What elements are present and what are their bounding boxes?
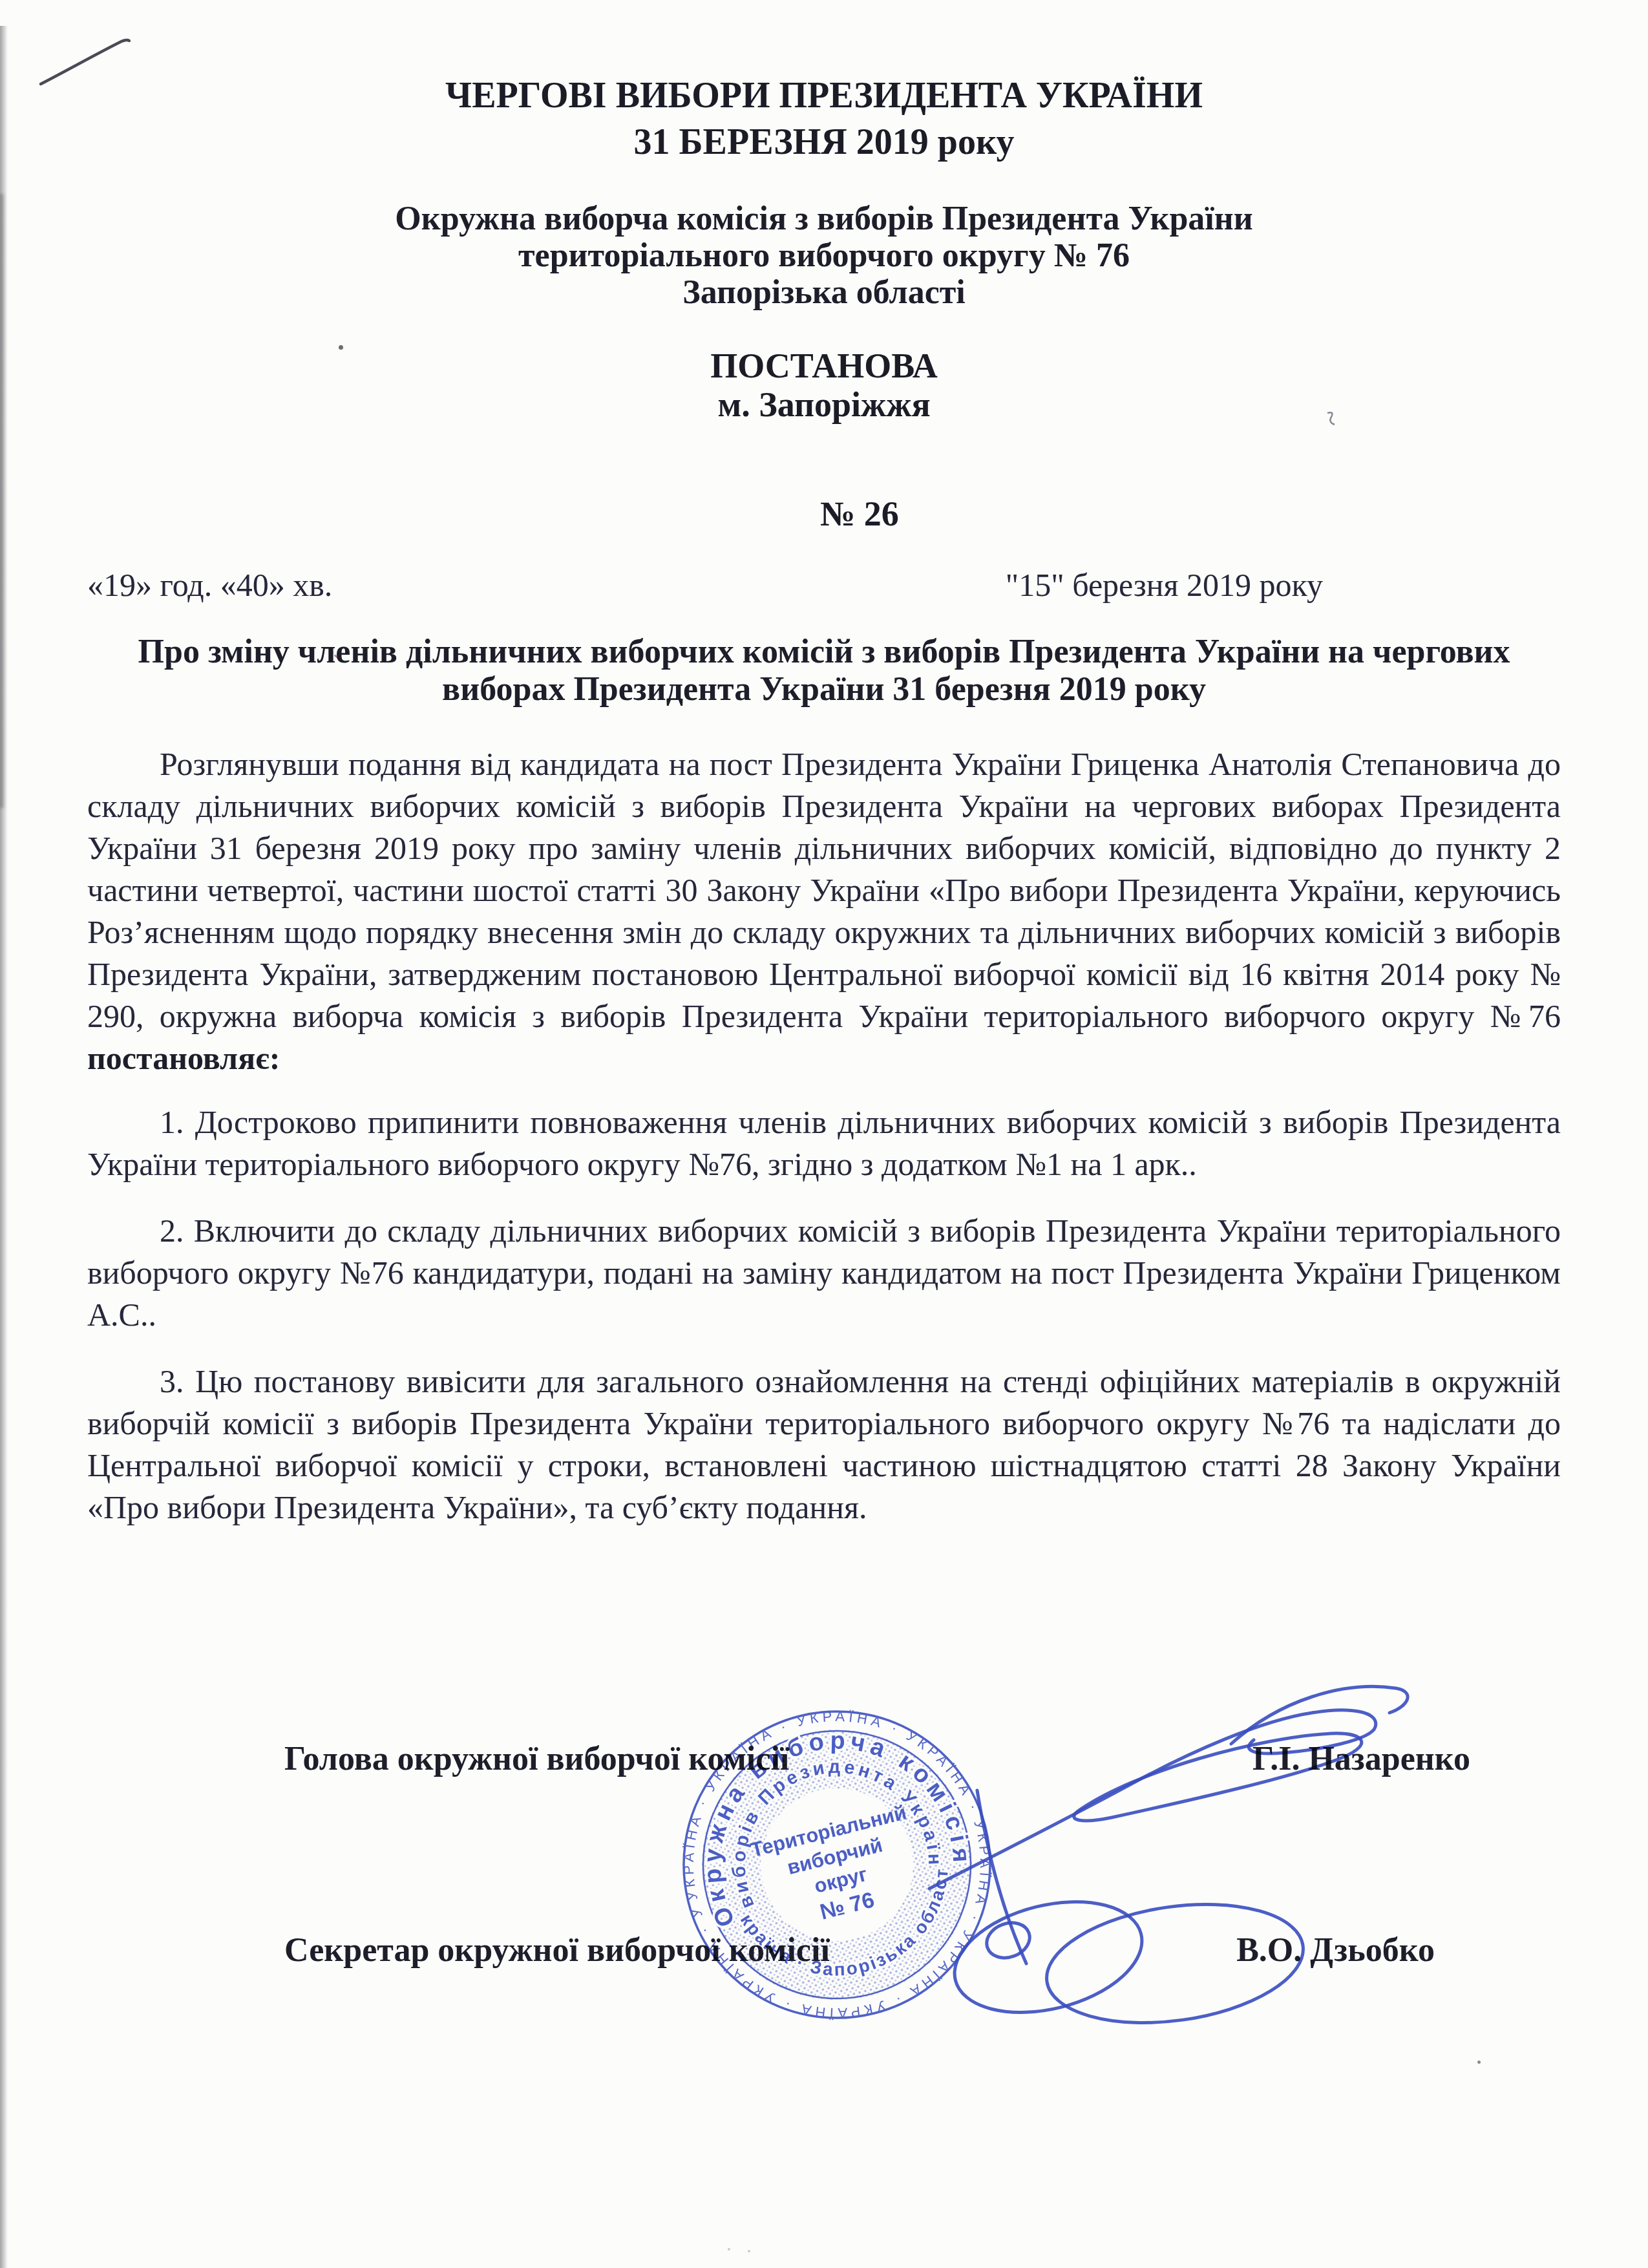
commission-name: Окружна виборча комісія з виборів Презид…: [0, 200, 1648, 311]
stamp-arc-top-text: Окружна виборча комісія: [670, 1698, 980, 1933]
paragraph-item-1: 1. Достроково припинити повноваження чле…: [87, 1101, 1561, 1185]
decree-time: «19» год. «40» хв.: [87, 566, 332, 604]
secretary-role-label: Секретар окружної виборчої комісії: [284, 1931, 830, 1969]
signature-row-secretary: Секретар окружної виборчої комісії В.О. …: [87, 1931, 1561, 1969]
paragraph-item-3: 3. Цю постанову вивісити для загального …: [87, 1361, 1561, 1529]
stamp-arc-middle-text: з виборів Президента України: [646, 1661, 949, 1944]
election-title: ЧЕРГОВІ ВИБОРИ ПРЕЗИДЕНТА УКРАЇНИ 31 БЕР…: [0, 72, 1648, 165]
time-date-row: «19» год. «40» хв. "15" березня 2019 рок…: [87, 566, 1561, 604]
scanned-decree-page: ЧЕРГОВІ ВИБОРИ ПРЕЗИДЕНТА УКРАЇНИ 31 БЕР…: [0, 0, 1648, 2268]
signature-row-head: Голова окружної виборчої комісії Г.І. На…: [87, 1740, 1561, 1778]
decree-body: Розглянувши подання від кандидата на пос…: [87, 743, 1561, 1553]
round-seal-stamp: УКРАЇНА · УКРАЇНА · УКРАЇНА · УКРАЇНА · …: [646, 1661, 1027, 2064]
stamp-arc-bottom-text: Україна · Запорізька область: [646, 1661, 972, 2024]
election-title-line2: 31 БЕРЕЗНЯ 2019 року: [0, 119, 1648, 165]
preamble-resolves-word: постановляє:: [87, 1040, 280, 1076]
stamp-center-line1: Територіальний: [748, 1801, 909, 1861]
head-signature-ink: [929, 1686, 1408, 1889]
document-type: ПОСТАНОВА: [0, 346, 1648, 385]
scan-speck: [1477, 2061, 1481, 2064]
election-title-line1: ЧЕРГОВІ ВИБОРИ ПРЕЗИДЕНТА УКРАЇНИ: [0, 72, 1648, 119]
stamp-center-field: [745, 1772, 929, 1957]
commission-line2: територіального виборчого округу № 76: [0, 237, 1648, 274]
commission-line1: Окружна виборча комісія з виборів Презид…: [0, 200, 1648, 237]
stamp-center-line2: виборчий: [785, 1834, 884, 1879]
scan-speck: [728, 2248, 730, 2251]
preamble-text: Розглянувши подання від кандидата на пос…: [87, 746, 1561, 1034]
paragraph-item-2: 2. Включити до складу дільничних виборчи…: [87, 1210, 1561, 1336]
stamp-outer-circle: [651, 1679, 1023, 2051]
stamp-center-line3: округ: [812, 1863, 869, 1898]
paragraph-preamble: Розглянувши подання від кандидата на пос…: [87, 743, 1561, 1079]
stamp-and-signatures-overlay: УКРАЇНА · УКРАЇНА · УКРАЇНА · УКРАЇНА · …: [646, 1661, 1454, 2088]
head-role-label: Голова окружної виборчої комісії: [284, 1740, 789, 1778]
secretary-name: В.О. Дзьобко: [1236, 1931, 1435, 1969]
decree-subject: Про зміну членів дільничних виборчих ком…: [129, 633, 1519, 708]
document-number: № 26: [0, 494, 1648, 534]
decree-date: "15" березня 2019 року: [1006, 566, 1323, 604]
stamp-center-line4: № 76: [818, 1887, 877, 1924]
scan-speck: [748, 2250, 750, 2252]
stamp-outer-ring-text: УКРАЇНА · УКРАЇНА · УКРАЇНА · УКРАЇНА · …: [646, 1661, 1027, 2064]
secretary-signature-ink: [943, 1790, 1311, 2038]
document-city: м. Запоріжжя: [0, 385, 1648, 424]
head-name: Г.І. Назаренко: [1252, 1740, 1470, 1778]
commission-line3: Запорізька області: [0, 274, 1648, 311]
document-type-block: ПОСТАНОВА м. Запоріжжя: [0, 346, 1648, 424]
